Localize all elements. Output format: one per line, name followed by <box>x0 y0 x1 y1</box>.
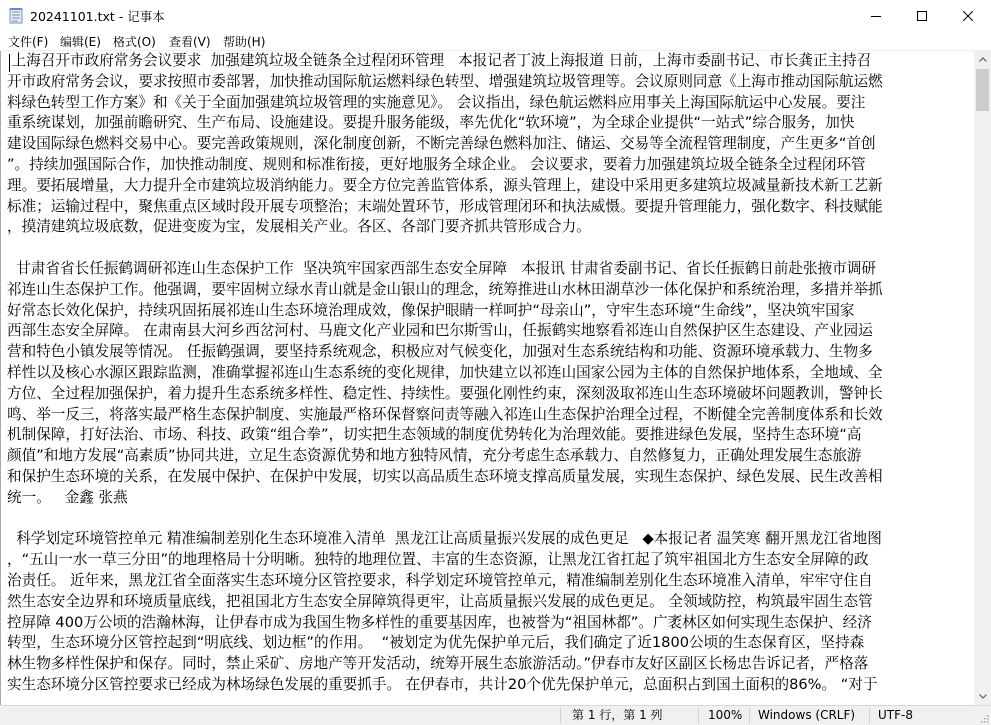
text-line[interactable]: 标准；运输过程中，聚焦重点区域时段开展专项整治；末端处置环节，形成管理闭环和执法… <box>7 197 969 218</box>
text-line[interactable]: ，摸清建筑垃圾底数，促进变废为宝，发展相关产业。各区、各部门要齐抓共管形成合力。 <box>7 217 969 238</box>
text-line[interactable]: 建设国际绿色燃料交易中心。要完善政策规则，深化制度创新，不断完善绿色燃料加注、储… <box>7 134 969 155</box>
text-line[interactable]: 统一。 金鑫 张燕 <box>7 488 969 509</box>
status-divider <box>698 708 699 723</box>
line-ending: Windows (CRLF) <box>750 706 855 725</box>
status-divider <box>560 708 561 723</box>
close-icon <box>963 11 973 21</box>
text-line[interactable]: 然生态安全边界和环境质量底线，把祖国北方生态安全屏障筑得更牢，让高质量振兴发展的… <box>7 592 969 613</box>
minimize-button[interactable] <box>853 0 899 31</box>
text-line[interactable]: 机制保障，打好法治、市场、科技、政策“组合拳”，切实把生态领域的制度优势转化为治… <box>7 425 969 446</box>
text-line[interactable]: 理。要拓展增量，大力提升全市建筑垃圾消纳能力。要全方位完善监管体系，源头管理上，… <box>7 176 969 197</box>
text-line[interactable]: 重系统谋划，加强前瞻研究、生产布局、设施建设。要提升服务能级，率先优化“软环境”… <box>7 113 969 134</box>
text-line[interactable]: ”。持续加强国际合作，加快推动制度、规则和标准衔接，更好地服务全球企业。 会议要… <box>7 155 969 176</box>
maximize-button[interactable] <box>899 0 945 31</box>
text-line[interactable]: 营和特色小镇发展等情况。 任振鹤强调，要坚持系统观念，积极应对气候变化，加强对生… <box>7 342 969 363</box>
text-line[interactable]: 和保护生态环境的关系，在发展中保护、在保护中发展，切实以高品质生态环境支撑高质量… <box>7 467 969 488</box>
text-line[interactable]: 料绿色转型工作方案》和《关于全面加强建筑垃圾管理的实施意见》。 会议指出，绿色航… <box>7 93 969 114</box>
text-editor[interactable]: 上海召开市政府常务会议要求 加强建筑垃圾全链条全过程闭环管理 本报记者丁波上海报… <box>0 51 974 705</box>
menu-file[interactable]: 文件(F) <box>8 33 48 50</box>
document-text[interactable]: 上海召开市政府常务会议要求 加强建筑垃圾全链条全过程闭环管理 本报记者丁波上海报… <box>7 51 969 696</box>
text-line[interactable]: 好常态长效化保护，持续巩固拓展祁连山生态环境治理成效，像保护眼睛一样呵护“母亲山… <box>7 301 969 322</box>
menu-edit[interactable]: 编辑(E) <box>60 33 101 50</box>
window-title: 20241101.txt - 记事本 <box>30 7 165 25</box>
chevron-down-icon <box>979 694 987 699</box>
text-line[interactable]: 转型，生态环境分区管控起到“明底线、划边框”的作用。 “被划定为优先保护单元后，… <box>7 633 969 654</box>
zoom-level: 100% <box>700 706 742 725</box>
text-line[interactable]: ，“五山一水一草三分田”的地理格局十分明晰。独特的地理位置、丰富的生态资源，让黑… <box>7 550 969 571</box>
text-line[interactable]: 西部生态安全屏障。 在肃南县大河乡西岔河村、马鹿文化产业园和巴尔斯雪山，任振鹤实… <box>7 321 969 342</box>
scrollbar-thumb[interactable] <box>976 69 989 111</box>
menu-format[interactable]: 格式(O) <box>113 33 156 50</box>
menu-help[interactable]: 帮助(H) <box>223 33 265 50</box>
text-line[interactable]: 祁连山生态保护工作。他强调，要牢固树立绿水青山就是金山银山的理念，统筹推进山水林… <box>7 280 969 301</box>
close-button[interactable] <box>945 0 991 31</box>
menu-bar: 文件(F) 编辑(E) 格式(O) 查看(V) 帮助(H) <box>0 31 991 51</box>
maximize-icon <box>917 11 927 21</box>
scroll-up-button[interactable] <box>974 51 991 68</box>
title-bar[interactable]: 20241101.txt - 记事本 <box>0 0 991 31</box>
text-line[interactable]: 林生物多样性保护和保存。同时，禁止采矿、房地产等开发活动，统筹开展生态旅游活动。… <box>7 654 969 675</box>
text-line[interactable]: 颜值”和地方发展“高素质”协同共进，立足生态资源优势和地方独特风情，充分考虑生态… <box>7 446 969 467</box>
text-line[interactable]: 开市政府常务会议，要求按照市委部署，加快推动国际航运燃料绿色转型、增强建筑垃圾管… <box>7 72 969 93</box>
encoding: UTF-8 <box>870 706 913 725</box>
cursor-position: 第 1 行，第 1 列 <box>564 706 663 725</box>
text-line[interactable]: 上海召开市政府常务会议要求 加强建筑垃圾全链条全过程闭环管理 本报记者丁波上海报… <box>7 51 969 72</box>
status-bar: 第 1 行，第 1 列 100% Windows (CRLF) UTF-8 <box>0 705 991 725</box>
text-line[interactable]: 鸣、举一反三，将落实最严格生态保护制度、实施最严格环保督察问责等融入祁连山生态保… <box>7 405 969 426</box>
text-line[interactable]: 样性以及核心水源区跟踪监测，准确掌握祁连山生态系统的变化规律，加快建立以祁连山国… <box>7 363 969 384</box>
text-line[interactable]: 控屏障 400万公顷的浩瀚林海，让伊春市成为我国生物多样性的重要基因库，也被誉为… <box>7 613 969 634</box>
text-line[interactable]: 实生态环境分区管控要求已经成为林场绿色发展的重要抓手。 在伊春市，共计20个优先… <box>7 675 969 696</box>
chevron-up-icon <box>979 57 987 62</box>
scroll-down-button[interactable] <box>974 688 991 705</box>
notepad-icon <box>9 8 23 24</box>
vertical-scrollbar[interactable] <box>974 51 991 705</box>
text-line[interactable]: 甘肃省省长任振鹤调研祁连山生态保护工作 坚决筑牢国家西部生态安全屏障 本报讯 甘… <box>7 259 969 280</box>
text-line[interactable]: 科学划定环境管控单元 精准编制差别化生态环境准入清单 黑龙江让高质量振兴发展的成… <box>7 529 969 550</box>
menu-view[interactable]: 查看(V) <box>169 33 211 50</box>
text-line[interactable]: 方位、全过程加强保护，着力提升生态系统多样性、稳定性、持续性。要强化刚性约束，深… <box>7 384 969 405</box>
text-line[interactable] <box>7 238 969 259</box>
resize-grip-icon[interactable] <box>979 713 989 723</box>
text-line[interactable]: 治责任。 近年来，黑龙江省全面落实生态环境分区管控要求，科学划定环境管控单元，精… <box>7 571 969 592</box>
text-line[interactable] <box>7 509 969 530</box>
minimize-icon <box>871 11 881 21</box>
